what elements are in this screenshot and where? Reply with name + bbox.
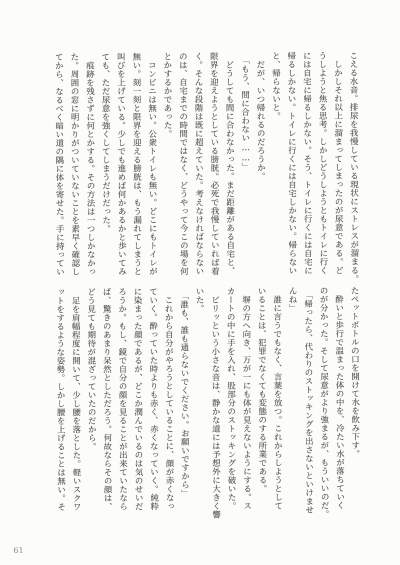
text-line: とかするかであった。 [159,52,176,280]
text-line: ても、ただ尿意を強くしてしまうだけだった。 [97,52,114,280]
text-line: しかしそれ以上に溜まってしまったのが尿意である。ど [330,51,347,279]
book-page: こえる水音。排尿を我慢している現状にストレスが溜まる。 しかしそれ以上に溜まって… [0,0,400,565]
text-line: ットをするような姿勢。しかし腰を上げることは無い。そ [52,288,69,516]
text-line: 帰るしかない。トイレに行くには自宅しかない。帰らない [283,51,300,279]
text-line: たペットボトルの口を開けて水を飲み下す。 [347,286,364,514]
text-line: には自宅に帰るしかない。そう、トイレに行くには自宅に [299,51,316,279]
text-line: 酔いと歩行で温まった体の中を、冷たい水が落ちていく [331,286,348,514]
text-line: だが、いつ帰れるのだろうか。 [252,52,269,280]
text-line: 足を肩幅程度に開いて、少し腰を落とした。軽いスクワ [68,288,85,516]
text-line: んね」 [285,286,302,514]
text-line: に染まった顔であるが、どこか潤んでいるのは気のせいだ [130,287,147,515]
text-line: ば、驚きのあまり呆然としただろう。何故ならその顔は、 [99,287,116,515]
text-line: コンビニは無い。公衆トイレも無い。どこにもトイレが [144,52,161,280]
text-line: 塀の方へ向き、万が一にも体が見えないようにする。ス [238,287,255,515]
text-line: く。そんな段階は既に超えていた。考えなければならない [190,52,207,280]
text-line: てから、なるべく暗い道の隅に体を寄せた。手に持ってい [51,53,68,281]
text-line: 「誰も、誰も通らないでください。お願いですから」 [176,287,193,515]
text-line: ろうか。もし、鏡で自分の顔を見ることが出来ていたなら [114,287,131,515]
text-line: 誰に言うでもなく、言葉を放つ。これからしようとして [269,287,286,515]
text-line: 限界を迎えようとしている膀胱。必死で我慢していれば着 [206,52,223,280]
page-content: こえる水音。排尿を我慢している現状にストレスが溜まる。 しかしそれ以上に溜まって… [0,0,400,565]
lower-text-block: たペットボトルの口を開けて水を飲み下す。 酔いと歩行で温まった体の中を、冷たい水… [52,286,363,516]
text-line: これから自分がやろうとしていることに、顔が赤くなっ [161,287,178,515]
text-line: た。周囲の窓に明かりがついていないことを素早く確認し [66,53,83,281]
text-line: こえる水音。排尿を我慢している現状にストレスが溜まる。 [345,51,362,279]
text-line: 「帰ったら、代わりのストッキングを出さないといけませ [300,286,317,514]
text-line: ビリッという小さな音は、静かな道には予想外に大きく響 [207,287,224,515]
text-line: どう見ても期待が混ざっていたのだから。 [83,288,100,516]
text-line: のが分かった。そして尿意がより強まるが、もういいのだ。 [316,286,333,514]
text-line: うしようと焦る思考。しかしどうしようともトイレに行く [314,51,331,279]
text-line: カートの中に手を入れ、股部分のストッキングを破いた。 [223,287,240,515]
text-line: いることは、犯罪でなくても変態のする所業である。 [254,287,271,515]
text-line: 痕跡を残さずに何とかする。その方法は一つしかなかっ [82,53,99,281]
text-line: 叫びを上げている。少しでも進めば何かあるかと歩いてみ [113,52,130,280]
text-line: のは、自宅までの時間ではなく、どうやって今この場を何 [175,52,192,280]
text-line: と、帰らないと。 [268,52,285,280]
upper-text-block: こえる水音。排尿を我慢している現状にストレスが溜まる。 しかしそれ以上に溜まって… [51,51,362,281]
text-line: ていく。酔っていた時よりも赤く、赤くなっていく。純粋 [145,287,162,515]
text-line: いた。 [192,287,209,515]
text-line: 「もう、間に合わない……」 [237,52,254,280]
page-number: 61 [13,546,23,555]
text-line: 無い。刻一刻と限界を迎える膀胱は、もう漏れてしまうと [128,52,145,280]
text-line: どうしても間に合わなかった。まだ距離がある自宅と、 [221,52,238,280]
